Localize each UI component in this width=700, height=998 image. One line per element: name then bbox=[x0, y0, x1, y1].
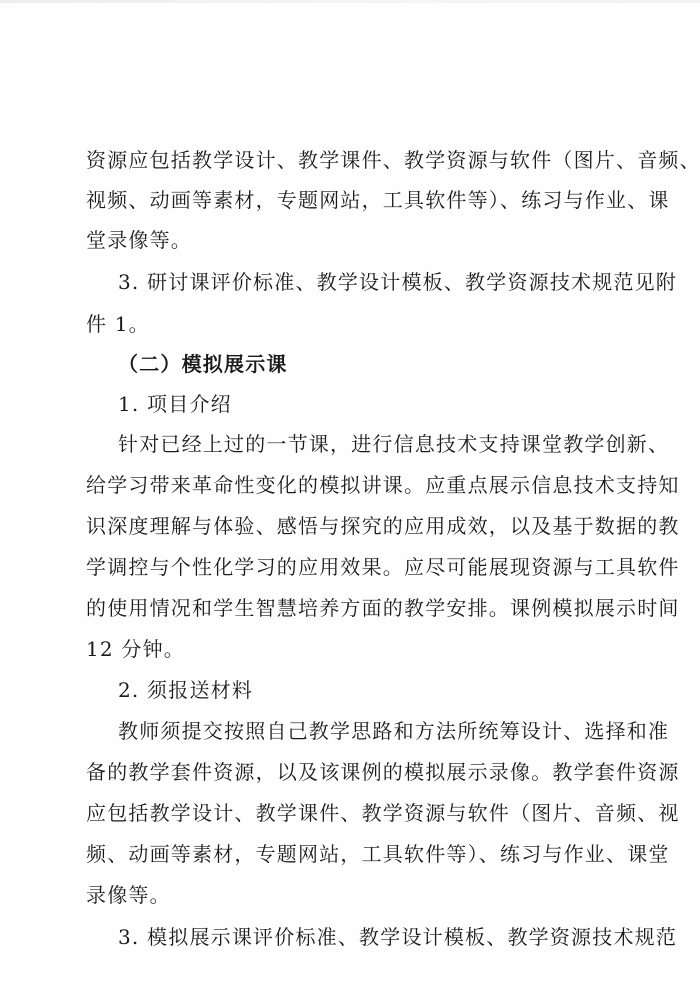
paragraph-line: 学调控与个性化学习的应用效果。应尽可能展现资源与工具软件 bbox=[86, 553, 680, 581]
item-3-line: 3. 研讨课评价标准、教学设计模板、教学资源技术规范见附 bbox=[118, 268, 677, 296]
paragraph-line: 12 分钟。 bbox=[86, 635, 185, 663]
subheading-materials: 2. 须报送材料 bbox=[118, 676, 253, 704]
paragraph-line: 视频、动画等素材，专题网站，工具软件等）、练习与作业、课 bbox=[86, 186, 670, 214]
paragraph-line: 教师须提交按照自己教学思路和方法所统筹设计、选择和准 bbox=[118, 717, 669, 745]
paragraph-line: 给学习带来革命性变化的模拟讲课。应重点展示信息技术支持知 bbox=[86, 471, 680, 499]
paragraph-line: 资源应包括教学设计、教学课件、教学资源与软件（图片、音频、 bbox=[86, 146, 700, 174]
scan-top-edge bbox=[0, 0, 700, 3]
paragraph-line: 的使用情况和学生智慧培养方面的教学安排。课例模拟展示时间 bbox=[86, 594, 680, 622]
item-3-line: 件 1。 bbox=[86, 310, 150, 338]
paragraph-line: 录像等。 bbox=[86, 881, 171, 909]
paragraph-line: 备的教学套件资源，以及该课例的模拟展示录像。教学套件资源 bbox=[86, 758, 680, 786]
paragraph-line: 应包括教学设计、教学课件、教学资源与软件（图片、音频、视 bbox=[86, 799, 680, 827]
paragraph-line: 针对已经上过的一节课，进行信息技术支持课堂教学创新、 bbox=[118, 430, 669, 458]
subheading-project-intro: 1. 项目介绍 bbox=[118, 390, 232, 418]
document-page: 资源应包括教学设计、教学课件、教学资源与软件（图片、音频、视频、动画等素材，专题… bbox=[0, 0, 700, 998]
section-heading: （二）模拟展示课 bbox=[118, 350, 288, 378]
paragraph-line: 频、动画等素材，专题网站，工具软件等）、练习与作业、课堂 bbox=[86, 840, 670, 868]
item-3-line: 3. 模拟展示课评价标准、教学设计模板、教学资源技术规范 bbox=[118, 923, 677, 951]
paragraph-line: 识深度理解与体验、感悟与探究的应用成效，以及基于数据的教 bbox=[86, 512, 680, 540]
paragraph-line: 堂录像等。 bbox=[86, 226, 192, 254]
